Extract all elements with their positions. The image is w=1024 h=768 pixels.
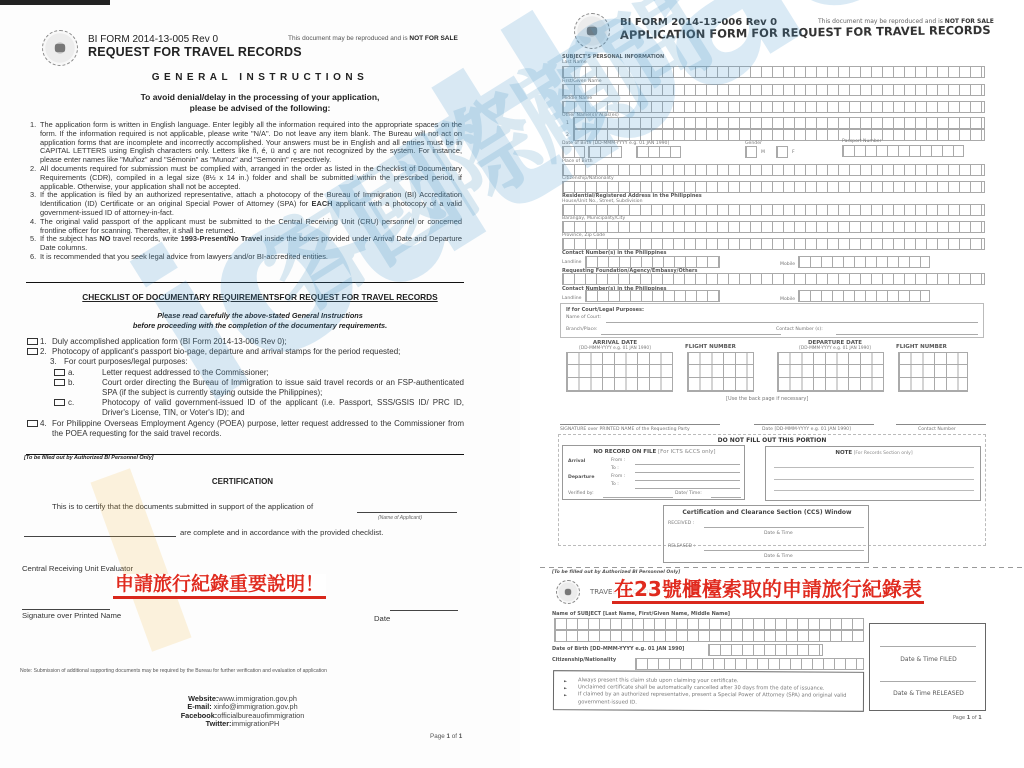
claim-stub-notes-box: Always present this claim stub upon clai… — [553, 670, 864, 712]
name-of-applicant-label: (Name of Applicant) — [378, 515, 422, 521]
barangay-field[interactable] — [562, 221, 985, 233]
departure-from-label: From : — [611, 474, 625, 479]
ccs-heading: Certification and Clearance Section (CCS… — [664, 509, 870, 516]
received-field[interactable] — [704, 527, 864, 528]
checkbox[interactable] — [54, 369, 65, 376]
stub-name-label: Name of SUBJECT [Last Name, First/Given … — [552, 611, 730, 617]
filed-released-box: Date & Time FILED Date & Time RELEASED — [869, 623, 986, 711]
stub-citizenship-field[interactable] — [635, 658, 864, 670]
citizenship-field[interactable] — [562, 181, 985, 193]
mobile-label-2: Mobile — [780, 297, 795, 302]
stub-dob-label: Date of Birth [DD-MMM-YYYY e.g. 01 JAN 1… — [552, 646, 684, 652]
checklist-subtitle: Please read carefully the above-stated G… — [0, 311, 520, 330]
scan-edge — [0, 0, 110, 5]
checkbox[interactable] — [54, 379, 65, 386]
branch-place-field[interactable] — [601, 334, 781, 335]
checklist-item: b.Court order directing the Bureau of Im… — [24, 378, 464, 398]
left-form-number: BI FORM 2014-13-005 Rev 0 — [88, 34, 218, 45]
claim-stub-notes: Always present this claim stub upon clai… — [564, 677, 864, 707]
note-box: NOTE [For Records Section only] — [765, 446, 981, 501]
requesting-party-signature-label: SIGNATURE over PRINTED NAME of the Reque… — [560, 427, 690, 432]
contact-info: Website:www.immigration.gov.ph E-mail: x… — [0, 695, 485, 729]
court-contact-label: Contact Number (s): — [776, 327, 823, 332]
certification-text-2: are complete and in accordance with the … — [180, 528, 383, 537]
name-of-court-field[interactable] — [606, 322, 978, 323]
arrival-date-grid[interactable] — [566, 352, 673, 392]
contact-number-label: Contact Number — [918, 427, 956, 432]
gender-f-checkbox[interactable] — [776, 146, 788, 158]
alias-1-label: 1 — [566, 121, 569, 126]
court-heading: If for Court/Legal Purposes: — [566, 307, 644, 313]
arrival-from-label: From : — [611, 458, 625, 463]
supporting-documents-note: Note: Submission of additional supportin… — [20, 668, 327, 674]
instruction-item: 6.It is recommended that you seek legal … — [40, 253, 462, 262]
request-date-label: Date [DD-MMM-YYYY e.g. 01 JAN 1990] — [762, 427, 851, 432]
received-label: RECEIVED : — [668, 521, 694, 526]
twitter-link[interactable]: immigrationPH — [231, 719, 279, 728]
claim-note: If claimed by an authorized representati… — [564, 692, 864, 708]
date-time-filed-label: Date & Time FILED — [870, 656, 987, 663]
landline-label-2: Landline — [562, 296, 582, 301]
court-contact-field[interactable] — [836, 334, 978, 335]
checklist-title: CHECKLIST OF DOCUMENTARY REQUIREMENTSFOR… — [0, 292, 520, 302]
divider — [26, 282, 464, 283]
back-page-note: [Use the back page if necessary] — [726, 396, 808, 402]
caption-left: 申請旅行紀錄重要說明！ — [113, 574, 326, 599]
departure-flight-number-header: FLIGHT NUMBER — [896, 344, 947, 350]
middle-name-field[interactable] — [562, 101, 985, 113]
applicant-name-line-2[interactable] — [24, 536, 176, 537]
mobile-label: Mobile — [780, 262, 795, 267]
house-no-field[interactable] — [562, 204, 985, 216]
instruction-item: 4.The original valid passport of the app… — [40, 218, 462, 236]
arrival-date-format: [DD-MMM-YYYY e.g. 01 JAN 1990] — [570, 346, 660, 351]
stub-name-field[interactable] — [554, 618, 864, 630]
stub-citizenship-label: Citizenship/Nationality — [552, 657, 616, 663]
checkbox[interactable] — [27, 420, 38, 427]
verified-date-time-label: Date/ Time: — [675, 491, 702, 496]
court-purposes-box: If for Court/Legal Purposes: Name of Cou… — [560, 303, 984, 338]
released-date-time-label: Date & Time — [764, 554, 793, 559]
right-reproduction-notice: This document may be reproduced and is N… — [818, 18, 994, 25]
last-name-field[interactable] — [562, 66, 985, 78]
gender-f-label: F — [792, 150, 795, 155]
arrival-to-field[interactable] — [635, 472, 740, 473]
released-label: RELEASED : — [668, 544, 695, 549]
advisory-text: To avoid denial/delay in the processing … — [0, 92, 520, 114]
checkbox[interactable] — [54, 399, 65, 406]
general-instructions-heading: GENERAL INSTRUCTIONS — [0, 72, 520, 83]
departure-label: Departure — [568, 475, 594, 480]
cru-evaluator-label: Central Receiving Unit Evaluator — [22, 564, 133, 573]
request-date-line[interactable] — [754, 424, 874, 425]
checkbox[interactable] — [27, 338, 38, 345]
departure-to-label: To : — [611, 482, 619, 487]
arrival-from-field[interactable] — [635, 464, 740, 465]
arrival-to-label: To : — [611, 466, 619, 471]
checkbox[interactable] — [27, 348, 38, 355]
alias-2-field[interactable] — [573, 129, 985, 141]
departure-from-field[interactable] — [635, 480, 740, 481]
alias-1-field[interactable] — [573, 117, 985, 129]
do-not-fill-heading: DO NOT FILL OUT THIS PORTION — [558, 437, 986, 444]
departure-to-field[interactable] — [635, 488, 740, 489]
dob-year-field[interactable] — [636, 146, 681, 158]
date-line[interactable] — [390, 610, 458, 611]
arrival-flight-number-header: FLIGHT NUMBER — [685, 344, 736, 350]
mobile-field-2[interactable] — [798, 290, 930, 302]
arrival-label: Arrival — [568, 459, 585, 464]
certification-heading: CERTIFICATION — [0, 477, 485, 486]
note-line[interactable] — [774, 479, 974, 480]
instruction-item: 2.All documents required for submission … — [40, 165, 462, 191]
arrival-flight-number-grid[interactable] — [687, 352, 754, 392]
province-field[interactable] — [562, 238, 985, 250]
right-form-page: BI FORM 2014-13-006 Rev 0 APPLICATION FO… — [540, 0, 1024, 768]
checklist-item: 4.For Philippine Overseas Employment Age… — [24, 419, 464, 439]
note-line[interactable] — [774, 467, 974, 468]
date-label: Date — [374, 614, 390, 623]
cut-line — [540, 567, 1024, 568]
received-date-time-label: Date & Time — [764, 531, 793, 536]
left-reproduction-notice: This document may be reproduced and is N… — [288, 35, 458, 42]
signature-label: Signature over Printed Name — [22, 611, 121, 620]
checklist-item: a.Letter request addressed to the Commis… — [24, 368, 464, 378]
alias-2-label: 2 — [566, 133, 569, 138]
bureau-seal-icon — [574, 13, 610, 49]
passport-number-field[interactable] — [842, 145, 964, 157]
date-time-released-label: Date & Time RELEASED — [870, 690, 987, 697]
stub-personnel-note: [To be filled out by Authorized BI Perso… — [552, 570, 680, 575]
name-of-court-label: Name of Court: — [566, 315, 601, 320]
instruction-item: 5.If the subject has NO travel records, … — [40, 235, 462, 253]
instruction-item: 3.If the application is filed by an auth… — [40, 191, 462, 217]
instruction-item: 1.The application form is written in Eng… — [40, 121, 462, 165]
bureau-seal-icon — [42, 30, 78, 66]
released-line[interactable] — [880, 681, 976, 682]
landline-label: Landline — [562, 260, 582, 265]
gender-m-label: M — [761, 150, 765, 155]
contact-number-line[interactable] — [896, 424, 986, 425]
first-name-field[interactable] — [562, 84, 985, 96]
mobile-field[interactable] — [798, 256, 930, 268]
bureau-seal-icon — [556, 580, 580, 604]
stub-dob-field[interactable] — [708, 644, 823, 656]
personnel-only-note: [To be filled out by Authorized BI Perso… — [24, 455, 153, 461]
no-record-box: NO RECORD ON FILE [For ICTS &CCS only] A… — [562, 445, 745, 500]
right-page-number: Page 1 of 1 — [953, 715, 982, 721]
checklist-item: 1.Duly accomplished application form (BI… — [24, 337, 464, 347]
departure-date-format: [DD-MMM-YYYY e.g. 01 JAN 1990] — [785, 346, 885, 351]
left-form-page: BI FORM 2014-13-005 Rev 0 REQUEST FOR TR… — [0, 0, 520, 768]
left-form-title: REQUEST FOR TRAVEL RECORDS — [88, 45, 302, 59]
branch-place-label: Branch/Place: — [566, 327, 598, 332]
certification-text: This is to certify that the documents su… — [52, 502, 313, 511]
dob-day-field[interactable] — [562, 146, 585, 158]
requesting-agency-field[interactable] — [562, 273, 985, 285]
verified-date-time-field[interactable] — [711, 497, 741, 498]
note-line[interactable] — [774, 490, 974, 491]
verified-by-field[interactable] — [603, 497, 673, 498]
place-of-birth-field[interactable] — [562, 164, 985, 176]
caption-right: 在23號櫃檯索取的申請旅行紀錄表 — [612, 578, 924, 604]
ccs-window-box: Certification and Clearance Section (CCS… — [663, 505, 869, 563]
landline-field-2[interactable] — [585, 290, 720, 302]
checklist: 1.Duly accomplished application form (BI… — [24, 337, 464, 439]
signature-line[interactable] — [22, 609, 110, 610]
note-heading: NOTE [For Records Section only] — [766, 450, 982, 456]
verified-by-label: Verified by: — [568, 491, 594, 496]
dob-month-field[interactable] — [588, 146, 622, 158]
filed-line[interactable] — [880, 646, 976, 647]
stub-name-field-2[interactable] — [554, 630, 864, 642]
page-number: Page 1 of 1 — [430, 733, 462, 740]
checklist-item: 3.For court purposes/legal purposes: — [24, 357, 464, 367]
requesting-party-signature-line[interactable] — [560, 424, 720, 425]
checklist-item: 2.Photocopy of applicant's passport bio-… — [24, 347, 464, 357]
gender-m-checkbox[interactable] — [745, 146, 757, 158]
departure-date-grid[interactable] — [777, 352, 884, 392]
checklist-item: c.Photocopy of valid government-issued I… — [24, 398, 464, 418]
applicant-name-line[interactable] — [357, 512, 457, 513]
released-field[interactable] — [704, 550, 864, 551]
last-name-label: Last Name — [562, 60, 587, 65]
no-record-heading: NO RECORD ON FILE [For ICTS &CCS only] — [563, 449, 746, 455]
landline-field[interactable] — [585, 256, 720, 268]
departure-flight-number-grid[interactable] — [898, 352, 968, 392]
instructions-list: 1.The application form is written in Eng… — [30, 121, 462, 262]
passport-number-label: Passport Number — [842, 139, 882, 144]
